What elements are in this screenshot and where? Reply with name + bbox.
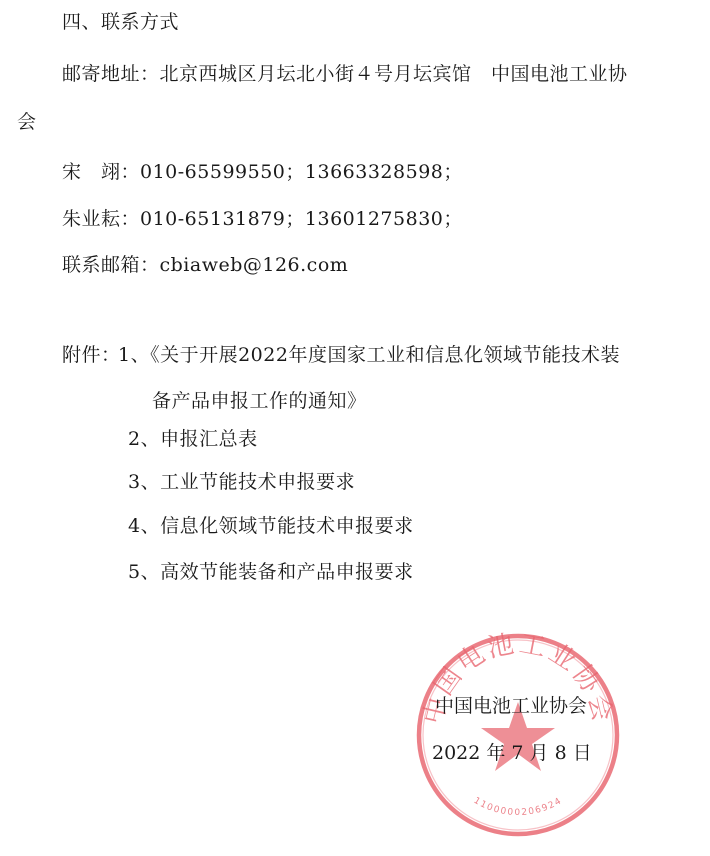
contact-person-song: 宋 翊：010-65599550；13663328598； bbox=[62, 160, 463, 184]
attachment-item-4: 4、信息化领域节能技术申报要求 bbox=[128, 514, 414, 538]
official-seal-icon: 中国电池工业协会 1100000206924 bbox=[415, 632, 621, 838]
attachment-item-3: 3、工业节能技术申报要求 bbox=[128, 470, 355, 494]
attachment-item-2: 2、申报汇总表 bbox=[128, 427, 258, 451]
section-heading: 四、联系方式 bbox=[62, 10, 179, 34]
mailing-address: 邮寄地址：北京西城区月坛北小街４号月坛宾馆 中国电池工业协 bbox=[62, 62, 628, 86]
signature-organization: 中国电池工业协会 bbox=[435, 694, 587, 718]
contact-email: 联系邮箱：cbiaweb@126.com bbox=[62, 253, 348, 277]
attachments-label: 附件： bbox=[62, 343, 121, 367]
attachment-item-5: 5、高效节能装备和产品申报要求 bbox=[128, 560, 414, 584]
contact-person-zhu: 朱业耘：010-65131879；13601275830； bbox=[62, 207, 463, 231]
attachment-item-1-continued: 备产品申报工作的通知》 bbox=[152, 389, 367, 413]
attachment-item-1: 1、《关于开展2022年度国家工业和信息化领域节能技术装 bbox=[118, 343, 620, 367]
svg-text:1100000206924: 1100000206924 bbox=[472, 796, 564, 818]
mailing-address-continued: 会 bbox=[17, 110, 37, 134]
signature-date: 2022 年 7 月 8 日 bbox=[432, 741, 592, 765]
